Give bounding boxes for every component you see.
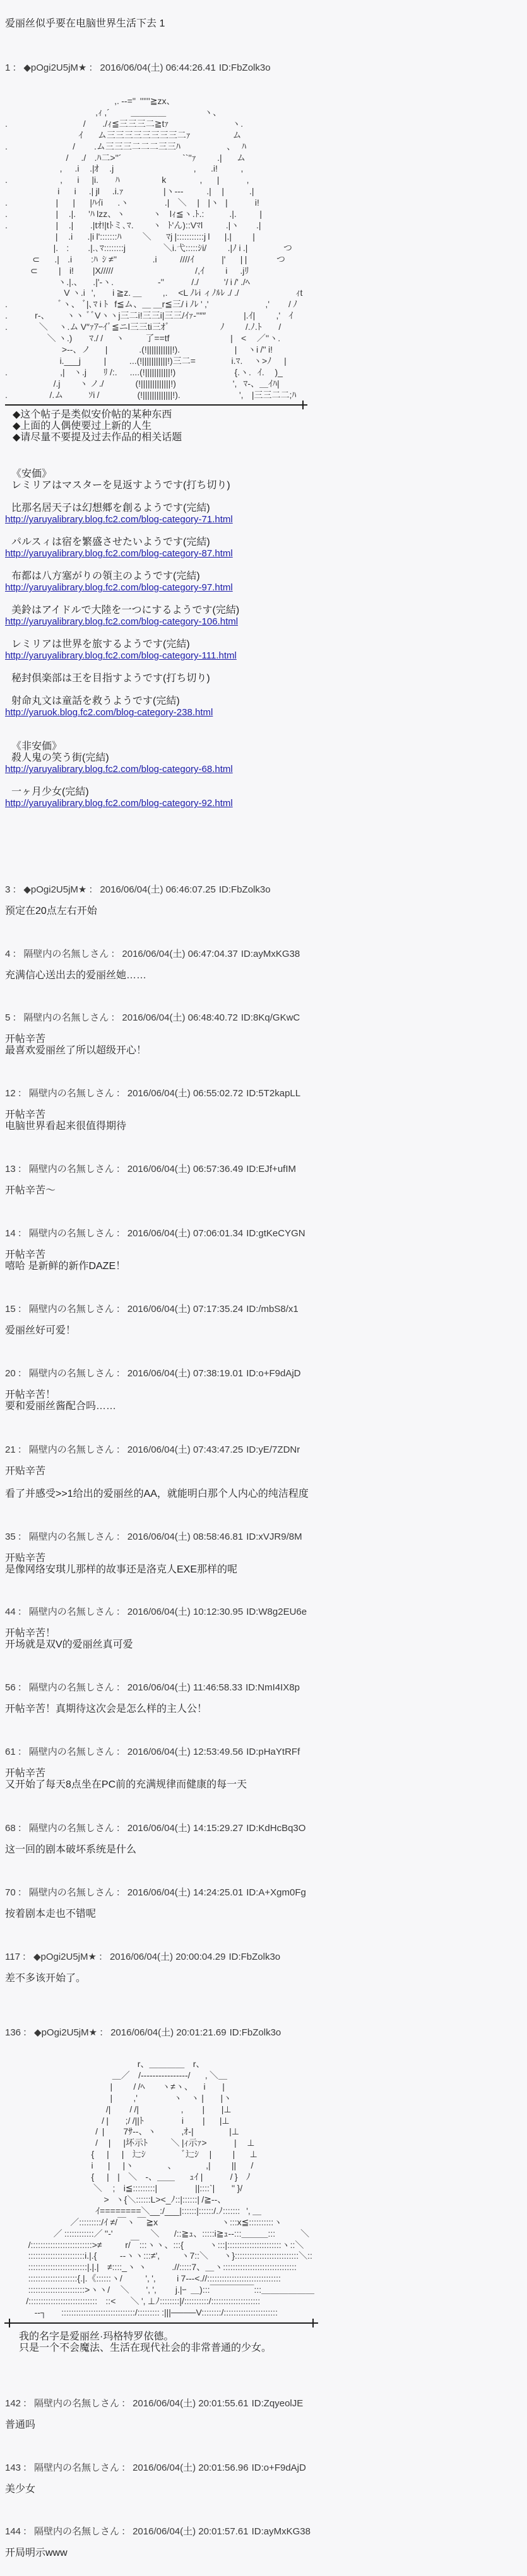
post-id: ID:FbZolk3o (228, 1952, 280, 1962)
post-datetime: 2016/06/04(土) 20:01:21.69 (110, 2027, 226, 2038)
poster-name: ◆pOgi2U5jM★ (23, 62, 86, 73)
post-number: 68 (5, 1823, 16, 1834)
post-56: 56：隔壁内の名無しさん：2016/06/04(土) 11:46:58.33ID… (5, 1682, 523, 1715)
post-number: 3 (5, 884, 10, 895)
post-datetime: 2016/06/04(土) 06:46:07.25 (100, 884, 215, 895)
post-number: 13 (5, 1164, 16, 1174)
post-body: 开帖辛苦！ 要和爱丽丝酱配合吗…… (5, 1390, 523, 1412)
post-datetime: 2016/06/04(土) 20:01:57.61 (133, 2526, 248, 2537)
post-id: ID:FbZolk3o (230, 2027, 281, 2038)
post-number: 61 (5, 1747, 16, 1757)
post-header: 4：隔壁内の名無しさん：2016/06/04(土) 06:47:04.37ID:… (5, 949, 523, 959)
work-title: 一ヶ月少女(完結) (5, 787, 523, 798)
post-id: ID:ayMxKG38 (252, 2526, 311, 2537)
post-5: 5：隔壁内の名無しさん：2016/06/04(土) 06:48:40.72ID:… (5, 1012, 523, 1057)
work-title: レミリアは世界を旅するようです(完結) (5, 639, 523, 650)
separator: ： (23, 2526, 32, 2537)
post-body: 开帖辛苦！ 开场就是双V的爱丽丝真可爱 (5, 1628, 523, 1651)
divider-cross-icon (302, 401, 304, 409)
separator: ： (18, 1682, 27, 1693)
separator: ： (22, 1952, 32, 1962)
separator: ： (18, 1164, 27, 1174)
separator: ： (110, 949, 120, 959)
poster-name: ◆pOgi2U5jM★ (33, 1952, 97, 1962)
post-header: 142：隔壁内の名無しさん：2016/06/04(土) 20:01:55.61I… (5, 2398, 523, 2409)
post-header: 1：◆pOgi2U5jM★：2016/06/04(土) 06:44:26.41I… (5, 62, 523, 73)
post-number: 4 (5, 949, 10, 959)
post-12: 12：隔壁内の名無しさん：2016/06/04(土) 06:55:02.72ID… (5, 1088, 523, 1132)
post-number: 15 (5, 1304, 16, 1314)
work-title: 比那名居天子は幻想郷を創るようです(完結) (5, 503, 523, 514)
work-link[interactable]: http://yaruyalibrary.blog.fc2.com/blog-c… (5, 548, 523, 559)
aa-divider (5, 2319, 523, 2327)
post-number: 143 (5, 2462, 21, 2473)
post-header: 68：隔壁内の名無しさん：2016/06/04(土) 14:15:29.27ID… (5, 1823, 523, 1834)
separator: ： (116, 1444, 126, 1455)
work-title: レミリアはマスターを見返すようです(打ち切り) (5, 480, 523, 491)
post-70: 70：隔壁内の名無しさん：2016/06/04(土) 14:24:25.01ID… (5, 1887, 523, 1920)
separator: ： (12, 949, 21, 959)
post-body: 开帖辛苦 最喜欢爱丽丝了所以超级开心！ (5, 1034, 523, 1057)
poster-name: 隔壁内の名無しさん (29, 1747, 114, 1757)
separator: ： (116, 1304, 126, 1314)
post-id: ID:KdHcBq3O (246, 1823, 305, 1834)
post-id: ID:FbZolk3o (219, 884, 271, 895)
post-id: ID:ZqyeolJE (252, 2398, 304, 2409)
separator: ： (18, 1607, 27, 1617)
work-item: 美鈴はアイドルで大陸を一つにするようです(完結) http://yaruyali… (5, 605, 523, 628)
post-header: 61：隔壁内の名無しさん：2016/06/04(土) 12:53:49.56ID… (5, 1747, 523, 1757)
separator: ： (116, 1531, 126, 1542)
separator: ： (18, 1088, 27, 1099)
poster-name: 隔壁内の名無しさん (29, 1531, 114, 1542)
post-datetime: 2016/06/04(土) 07:06:01.34 (127, 1228, 243, 1239)
post-id: ID:8Kq/GKwC (241, 1012, 300, 1023)
poster-name: 隔壁内の名無しさん (29, 1304, 114, 1314)
divider-line (4, 2322, 318, 2324)
post-id: ID:gtKeCYGN (246, 1228, 305, 1239)
post-header: 136：◆pOgi2U5jM★：2016/06/04(土) 20:01:21.6… (5, 2027, 523, 2038)
post-1: 1：◆pOgi2U5jM★：2016/06/04(土) 06:44:26.41I… (5, 62, 523, 809)
work-item: 射命丸文は童話を救うようです(完結) http://yaruok.blog.fc… (5, 696, 523, 718)
work-link[interactable]: http://yaruok.blog.fc2.com/blog-category… (5, 707, 523, 718)
post-header: 70：隔壁内の名無しさん：2016/06/04(土) 14:24:25.01ID… (5, 1887, 523, 1898)
poster-name: 隔壁内の名無しさん (29, 1368, 114, 1379)
post-header: 14：隔壁内の名無しさん：2016/06/04(土) 07:06:01.34ID… (5, 1228, 523, 1239)
post-id: ID:/mbS8/x1 (246, 1304, 299, 1314)
post-61: 61：隔壁内の名無しさん：2016/06/04(土) 12:53:49.56ID… (5, 1747, 523, 1791)
post-datetime: 2016/06/04(土) 20:00:04.29 (110, 1952, 225, 1962)
post-number: 1 (5, 62, 10, 73)
post-136: 136：◆pOgi2U5jM★：2016/06/04(土) 20:01:21.6… (5, 2027, 523, 2354)
post-header: 15：隔壁内の名無しさん：2016/06/04(土) 07:17:35.24ID… (5, 1304, 523, 1314)
post-datetime: 2016/06/04(土) 20:01:55.61 (133, 2398, 248, 2409)
poster-name: 隔壁内の名無しさん (29, 1682, 114, 1693)
separator: ： (18, 1444, 27, 1455)
separator: ： (121, 2398, 131, 2409)
work-link[interactable]: http://yaruyalibrary.blog.fc2.com/blog-c… (5, 798, 523, 809)
aa-caption: 我的名字是爱丽丝·玛格特罗依德。 只是一个不会魔法、生活在现代社会的非常普通的少… (5, 2331, 523, 2354)
post-number: 117 (5, 1952, 20, 1962)
post-body: 开贴辛苦 是像网络安琪儿那样的故事还是洛克人EXE那样的呢 (5, 1553, 523, 1576)
separator: ： (18, 1747, 27, 1757)
post-header: 56：隔壁内の名無しさん：2016/06/04(土) 11:46:58.33ID… (5, 1682, 523, 1693)
divider-cross-icon (9, 2319, 10, 2327)
post-header: 12：隔壁内の名無しさん：2016/06/04(土) 06:55:02.72ID… (5, 1088, 523, 1099)
divider-line (5, 404, 307, 406)
separator: ： (88, 62, 98, 73)
poster-name: 隔壁内の名無しさん (29, 1823, 114, 1834)
post-datetime: 2016/06/04(土) 11:46:58.33 (127, 1682, 242, 1693)
separator: ： (18, 1304, 27, 1314)
post-id: ID:NmI4IX8p (246, 1682, 300, 1693)
separator: ： (116, 1682, 126, 1693)
work-link[interactable]: http://yaruyalibrary.blog.fc2.com/blog-c… (5, 764, 523, 775)
poster-name: ◆pOgi2U5jM★ (34, 2027, 97, 2038)
separator: ： (18, 1887, 27, 1898)
separator: ： (116, 1607, 126, 1617)
post-body: 充满信心送出去的爱丽丝她…… (5, 970, 523, 981)
post-header: 44：隔壁内の名無しさん：2016/06/04(土) 10:12:30.95ID… (5, 1607, 523, 1617)
post-id: ID:5T2kapLL (246, 1088, 300, 1099)
post-20: 20：隔壁内の名無しさん：2016/06/04(土) 07:38:19.01ID… (5, 1368, 523, 1412)
post-header: 5：隔壁内の名無しさん：2016/06/04(土) 06:48:40.72ID:… (5, 1012, 523, 1023)
work-item: 布都は八方塞がりの領主のようです(完結) http://yaruyalibrar… (5, 571, 523, 594)
post-35: 35：隔壁内の名無しさん：2016/06/04(土) 08:58:46.81ID… (5, 1531, 523, 1576)
poster-name: 隔壁内の名無しさん (34, 2526, 119, 2537)
separator: ： (88, 884, 98, 895)
post-body: 开帖辛苦 又开始了每天8点坐在PC前的充满规律而健康的每一天 (5, 1768, 523, 1791)
separator: ： (121, 2526, 131, 2537)
separator: ： (110, 1012, 120, 1023)
post-header: 35：隔壁内の名無しさん：2016/06/04(土) 08:58:46.81ID… (5, 1531, 523, 1542)
ascii-art-alice-portrait: r、＿＿＿＿ r、 ＿／ /‐‐‐‐‐‐‐‐‐‐‐‐‐‐‐‐/ , ＼＿ | /… (5, 2059, 523, 2319)
anka-section-label: 《安価》 (5, 469, 523, 480)
post-body: 差不多该开始了。 (5, 1973, 523, 1984)
work-item: レミリアはマスターを見返すようです(打ち切り) (5, 480, 523, 491)
poster-name: ◆pOgi2U5jM★ (23, 884, 86, 895)
post-number: 144 (5, 2526, 21, 2537)
separator: ： (12, 1012, 21, 1023)
post-number: 70 (5, 1887, 16, 1898)
separator: ： (116, 1228, 126, 1239)
work-title: 射命丸文は童話を救うようです(完結) (5, 696, 523, 707)
post-15: 15：隔壁内の名無しさん：2016/06/04(土) 07:17:35.24ID… (5, 1304, 523, 1337)
post-datetime: 2016/06/04(土) 06:55:02.72 (127, 1088, 243, 1099)
post-number: 44 (5, 1607, 16, 1617)
post-datetime: 2016/06/04(土) 06:48:40.72 (122, 1012, 237, 1023)
separator: ： (18, 1228, 27, 1239)
post-body: 开贴辛苦 看了并感受>>1给出的爱丽丝的AA，就能明白那个人内心的纯洁程度 (5, 1466, 523, 1500)
post-datetime: 2016/06/04(土) 10:12:30.95 (127, 1607, 243, 1617)
post-body: 开局明示www (5, 2548, 523, 2559)
post-datetime: 2016/06/04(土) 06:47:04.37 (122, 949, 237, 959)
work-link[interactable]: http://yaruyalibrary.blog.fc2.com/blog-c… (5, 616, 523, 628)
separator: ： (116, 1368, 126, 1379)
post-header: 3：◆pOgi2U5jM★：2016/06/04(土) 06:46:07.25I… (5, 884, 523, 895)
post-body: 按着剧本走也不错呢 (5, 1909, 523, 1920)
thread-title: 爱丽丝似乎要在电脑世界生活下去 1 (5, 18, 165, 30)
post-21: 21：隔壁内の名無しさん：2016/06/04(土) 07:43:47.25ID… (5, 1444, 523, 1500)
poster-name: 隔壁内の名無しさん (29, 1164, 114, 1174)
separator: ： (12, 884, 21, 895)
thread-notes: ◆这个帖子是类似安价帖的某种东西 ◆上面的人偶使要过上新的人生 ◆请尽量不要提及… (5, 409, 523, 443)
post-header: 20：隔壁内の名無しさん：2016/06/04(土) 07:38:19.01ID… (5, 1368, 523, 1379)
post-id: ID:pHaYtRFf (246, 1747, 300, 1757)
work-link[interactable]: http://yaruyalibrary.blog.fc2.com/blog-c… (5, 650, 523, 662)
post-body: 爱丽丝好可爱！ (5, 1325, 523, 1337)
post-datetime: 2016/06/04(土) 14:15:29.27 (127, 1823, 243, 1834)
separator: ： (23, 2027, 32, 2038)
post-3: 3：◆pOgi2U5jM★：2016/06/04(土) 06:46:07.25I… (5, 884, 523, 917)
post-id: ID:o+F9dAjD (252, 2462, 306, 2473)
post-14: 14：隔壁内の名無しさん：2016/06/04(土) 07:06:01.34ID… (5, 1228, 523, 1272)
separator: ： (18, 1531, 27, 1542)
poster-name: 隔壁内の名無しさん (34, 2398, 119, 2409)
post-body: 开帖辛苦 电脑世界看起来很值得期待 (5, 1109, 523, 1132)
post-id: ID:o+F9dAjD (246, 1368, 300, 1379)
poster-name: 隔壁内の名無しさん (23, 949, 109, 959)
post-body: 开帖辛苦 嘻哈 是新鲜的新作DAZE！ (5, 1250, 523, 1272)
post-body: 普通吗 (5, 2420, 523, 2431)
post-number: 142 (5, 2398, 21, 2409)
previous-works-list: 《安価》 レミリアはマスターを見返すようです(打ち切り) 比那名居天子は幻想郷を… (5, 469, 523, 809)
work-item: パルスィは宿を繁盛させたいようです(完結) http://yaruyalibra… (5, 537, 523, 559)
post-number: 20 (5, 1368, 16, 1379)
poster-name: 隔壁内の名無しさん (23, 1012, 109, 1023)
post-datetime: 2016/06/04(土) 07:38:19.01 (127, 1368, 243, 1379)
work-title: パルスィは宿を繁盛させたいようです(完結) (5, 537, 523, 548)
post-datetime: 2016/06/04(土) 08:58:46.81 (127, 1531, 243, 1542)
post-number: 5 (5, 1012, 10, 1023)
post-body: 美少女 (5, 2484, 523, 2495)
post-datetime: 2016/06/04(土) 20:01:56.96 (133, 2462, 248, 2473)
work-title: 殺人鬼の笑う街(完結) (5, 752, 523, 764)
poster-name: 隔壁内の名無しさん (29, 1444, 114, 1455)
aa-divider (5, 401, 523, 409)
separator: ： (116, 1164, 126, 1174)
separator: ： (116, 1887, 126, 1898)
separator: ： (121, 2462, 131, 2473)
separator: ： (12, 62, 21, 73)
poster-name: 隔壁内の名無しさん (29, 1887, 114, 1898)
work-link[interactable]: http://yaruyalibrary.blog.fc2.com/blog-c… (5, 582, 523, 594)
post-header: 144：隔壁内の名無しさん：2016/06/04(土) 20:01:57.61I… (5, 2526, 523, 2537)
post-datetime: 2016/06/04(土) 07:43:47.25 (127, 1444, 243, 1455)
post-number: 56 (5, 1682, 16, 1693)
post-id: ID:xVJR9/8M (246, 1531, 302, 1542)
divider-cross-icon (312, 2319, 314, 2327)
work-title: 秘封倶楽部は王を目指すようです(打ち切り) (5, 673, 523, 684)
post-id: ID:EJf+ufIM (246, 1164, 296, 1174)
work-item: 秘封倶楽部は王を目指すようです(打ち切り) (5, 673, 523, 684)
non-anka-section-label: 《非安価》 (5, 741, 523, 752)
post-143: 143：隔壁内の名無しさん：2016/06/04(土) 20:01:56.96I… (5, 2462, 523, 2495)
post-144: 144：隔壁内の名無しさん：2016/06/04(土) 20:01:57.61I… (5, 2526, 523, 2559)
work-title: 美鈴はアイドルで大陸を一つにするようです(完結) (5, 605, 523, 616)
separator: ： (98, 1952, 108, 1962)
poster-name: 隔壁内の名無しさん (29, 1607, 114, 1617)
post-datetime: 2016/06/04(土) 07:17:35.24 (127, 1304, 243, 1314)
post-datetime: 2016/06/04(土) 06:57:36.49 (127, 1164, 243, 1174)
post-4: 4：隔壁内の名無しさん：2016/06/04(土) 06:47:04.37ID:… (5, 949, 523, 981)
post-id: ID:FbZolk3o (219, 62, 271, 73)
poster-name: 隔壁内の名無しさん (29, 1228, 114, 1239)
work-link[interactable]: http://yaruyalibrary.blog.fc2.com/blog-c… (5, 514, 523, 525)
post-number: 21 (5, 1444, 16, 1455)
post-body: 开帖辛苦！真期待这次会是怎么样的主人公！ (5, 1704, 523, 1715)
post-datetime: 2016/06/04(土) 06:44:26.41 (100, 62, 215, 73)
post-body: 预定在20点左右开始 (5, 906, 523, 917)
post-44: 44：隔壁内の名無しさん：2016/06/04(土) 10:12:30.95ID… (5, 1607, 523, 1651)
separator: ： (116, 1823, 126, 1834)
post-body: 开帖辛苦～ (5, 1185, 523, 1197)
post-117: 117：◆pOgi2U5jM★：2016/06/04(土) 20:00:04.2… (5, 1952, 523, 1984)
post-header: 13：隔壁内の名無しさん：2016/06/04(土) 06:57:36.49ID… (5, 1164, 523, 1174)
post-number: 136 (5, 2027, 21, 2038)
work-title: 布都は八方塞がりの領主のようです(完結) (5, 571, 523, 582)
post-13: 13：隔壁内の名無しさん：2016/06/04(土) 06:57:36.49ID… (5, 1164, 523, 1197)
post-body: 这一回的剧本破坏系统是什么 (5, 1844, 523, 1856)
poster-name: 隔壁内の名無しさん (34, 2462, 119, 2473)
post-id: ID:ayMxKG38 (241, 949, 300, 959)
post-number: 14 (5, 1228, 16, 1239)
poster-name: 隔壁内の名無しさん (29, 1088, 114, 1099)
separator: ： (99, 2027, 109, 2038)
separator: ： (23, 2462, 32, 2473)
separator: ： (18, 1368, 27, 1379)
post-number: 35 (5, 1531, 16, 1542)
post-header: 117：◆pOgi2U5jM★：2016/06/04(土) 20:00:04.2… (5, 1952, 523, 1962)
post-id: ID:W8g2EU6e (246, 1607, 307, 1617)
post-number: 12 (5, 1088, 16, 1099)
post-datetime: 2016/06/04(土) 14:24:25.01 (127, 1887, 243, 1898)
post-142: 142：隔壁内の名無しさん：2016/06/04(土) 20:01:55.61I… (5, 2398, 523, 2431)
separator: ： (18, 1823, 27, 1834)
work-item: レミリアは世界を旅するようです(完結) http://yaruyalibrary… (5, 639, 523, 662)
separator: ： (23, 2398, 32, 2409)
ascii-art-alice: ,. ‐‐='' ''''''≧zx、 ,ｨ ,´ ＿＿＿＿ ヽ、 . / ./… (5, 96, 523, 401)
work-item: 殺人鬼の笑う街(完結) http://yaruyalibrary.blog.fc… (5, 752, 523, 775)
post-datetime: 2016/06/04(土) 12:53:49.56 (127, 1747, 243, 1757)
work-item: 比那名居天子は幻想郷を創るようです(完結) http://yaruyalibra… (5, 503, 523, 525)
work-item: 一ヶ月少女(完結) http://yaruyalibrary.blog.fc2.… (5, 787, 523, 809)
post-header: 21：隔壁内の名無しさん：2016/06/04(土) 07:43:47.25ID… (5, 1444, 523, 1455)
post-id: ID:yE/7ZDNr (246, 1444, 300, 1455)
separator: ： (116, 1088, 126, 1099)
post-68: 68：隔壁内の名無しさん：2016/06/04(土) 14:15:29.27ID… (5, 1823, 523, 1856)
post-header: 143：隔壁内の名無しさん：2016/06/04(土) 20:01:56.96I… (5, 2462, 523, 2473)
separator: ： (116, 1747, 126, 1757)
post-id: ID:A+Xgm0Fg (246, 1887, 306, 1898)
